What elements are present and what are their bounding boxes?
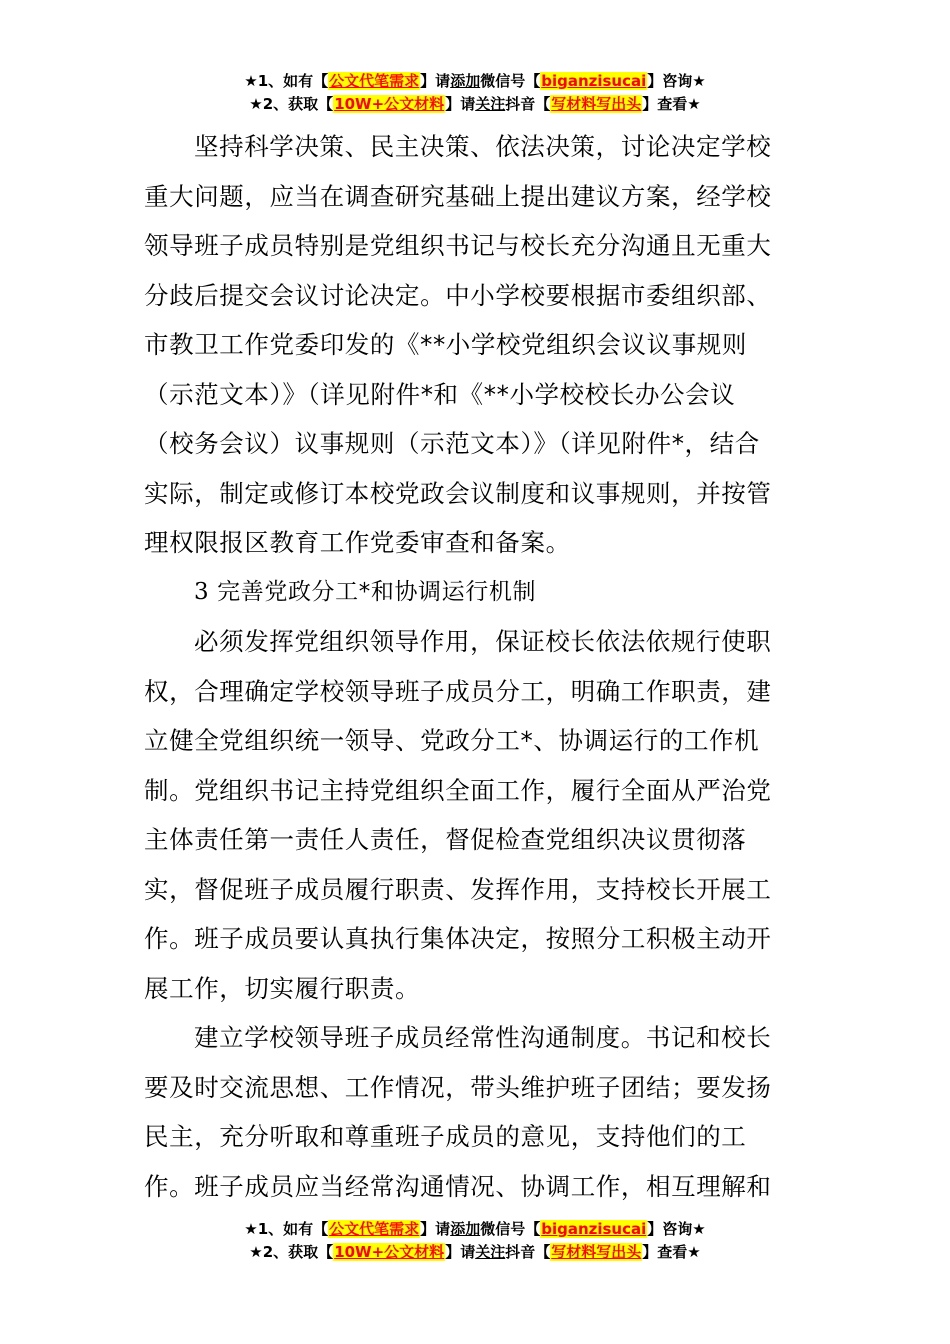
promo-text: ★2、获取【 (249, 95, 333, 113)
paragraph-communication: 建立学校领导班子成员经常性沟通制度。书记和校长 要及时交流思想、工作情况，带头维… (144, 1013, 806, 1211)
promo-highlight: 10W+公文材料 (333, 1243, 445, 1261)
top-promo-banner: ★1、如有【公文代笔需求】请添加微信号【biganzisucai】咨询★ ★2、… (0, 70, 950, 116)
paragraph-party-leadership: 必须发挥党组织领导作用，保证校长依法依规行使职 权，合理确定学校领导班子成员分工… (144, 617, 806, 1013)
promo-text: 】查看★ (642, 1243, 700, 1261)
text-line: 作。班子成员要认真执行集体决定，按照分工积极主动开 (144, 914, 806, 964)
promo-line-1: ★1、如有【公文代笔需求】请添加微信号【biganzisucai】咨询★ (0, 1218, 950, 1241)
promo-text: 抖音【 (505, 1243, 550, 1261)
promo-highlight: 公文代笔需求 (328, 72, 420, 90)
text-line: 民主，充分听取和尊重班子成员的意见，支持他们的工 (144, 1112, 806, 1162)
text-line: 权，合理确定学校领导班子成员分工，明确工作职责，建 (144, 667, 806, 717)
text-line: 作。班子成员应当经常沟通情况、协调工作，相互理解和 (144, 1162, 806, 1212)
promo-text: ★1、如有【 (244, 72, 328, 90)
promo-text: 】请 (420, 1220, 450, 1238)
promo-text: 微信号【 (480, 72, 540, 90)
text-line: 重大问题，应当在调查研究基础上提出建议方案，经学校 (144, 172, 806, 222)
text-line: 要及时交流思想、工作情况，带头维护班子团结；要发扬 (144, 1063, 806, 1113)
promo-underlined: 添加 (450, 72, 480, 90)
text-line: （示范文本）》（详见附件*和《**小学校校长办公会议 (144, 370, 806, 420)
text-line: 建立学校领导班子成员经常性沟通制度。书记和校长 (144, 1013, 806, 1063)
promo-text: 】请 (445, 95, 475, 113)
text-line: 市教卫工作党委印发的《**小学校党组织会议议事规则 (144, 320, 806, 370)
wechat-id: biganzisucai (540, 1220, 647, 1238)
promo-highlight: 10W+公文材料 (333, 95, 445, 113)
promo-underlined: 关注 (475, 1243, 505, 1261)
text-line: 理权限报区教育工作党委审查和备案。 (144, 518, 806, 568)
heading-number: 3 (194, 579, 209, 605)
text-line: 实际，制定或修订本校党政会议制度和议事规则，并按管 (144, 469, 806, 519)
wechat-id: biganzisucai (540, 72, 647, 90)
promo-text: 微信号【 (480, 1220, 540, 1238)
douyin-account: 写材料写出头 (550, 1243, 642, 1261)
text-line: 制。党组织书记主持党组织全面工作，履行全面从严治党 (144, 766, 806, 816)
promo-highlight: 公文代笔需求 (328, 1220, 420, 1238)
text-line: 分歧后提交会议讨论决定。中小学校要根据市委组织部、 (144, 271, 806, 321)
promo-line-1: ★1、如有【公文代笔需求】请添加微信号【biganzisucai】咨询★ (0, 70, 950, 93)
text-line: 必须发挥党组织领导作用，保证校长依法依规行使职 (144, 617, 806, 667)
promo-underlined: 添加 (450, 1220, 480, 1238)
douyin-account: 写材料写出头 (550, 95, 642, 113)
text-line: 坚持科学决策、民主决策、依法决策，讨论决定学校 (144, 122, 806, 172)
promo-text: 】查看★ (642, 95, 700, 113)
text-line: （校务会议）议事规则（示范文本）》（详见附件*，结合 (144, 419, 806, 469)
text-line: 实，督促班子成员履行职责、发挥作用，支持校长开展工 (144, 865, 806, 915)
promo-line-2: ★2、获取【10W+公文材料】请关注抖音【写材料写出头】查看★ (0, 93, 950, 116)
promo-text: 】咨询★ (647, 1220, 705, 1238)
document-body: 坚持科学决策、民主决策、依法决策，讨论决定学校 重大问题，应当在调查研究基础上提… (144, 122, 806, 1211)
text-line: 展工作，切实履行职责。 (144, 964, 806, 1014)
promo-line-2: ★2、获取【10W+公文材料】请关注抖音【写材料写出头】查看★ (0, 1241, 950, 1264)
promo-text: 】请 (445, 1243, 475, 1261)
promo-text: 】咨询★ (647, 72, 705, 90)
promo-text: 抖音【 (505, 95, 550, 113)
text-line: 主体责任第一责任人责任，督促检查党组织决议贯彻落 (144, 815, 806, 865)
text-line: 立健全党组织统一领导、党政分工*、协调运行的工作机 (144, 716, 806, 766)
promo-text: ★2、获取【 (249, 1243, 333, 1261)
paragraph-decision-making: 坚持科学决策、民主决策、依法决策，讨论决定学校 重大问题，应当在调查研究基础上提… (144, 122, 806, 568)
section-heading: 3 完善党政分工*和协调运行机制 (144, 568, 806, 618)
promo-text: 】请 (420, 72, 450, 90)
promo-text: ★1、如有【 (244, 1220, 328, 1238)
bottom-promo-banner: ★1、如有【公文代笔需求】请添加微信号【biganzisucai】咨询★ ★2、… (0, 1218, 950, 1264)
promo-underlined: 关注 (475, 95, 505, 113)
text-line: 领导班子成员特别是党组织书记与校长充分沟通且无重大 (144, 221, 806, 271)
heading-text: 完善党政分工*和协调运行机制 (217, 579, 536, 605)
